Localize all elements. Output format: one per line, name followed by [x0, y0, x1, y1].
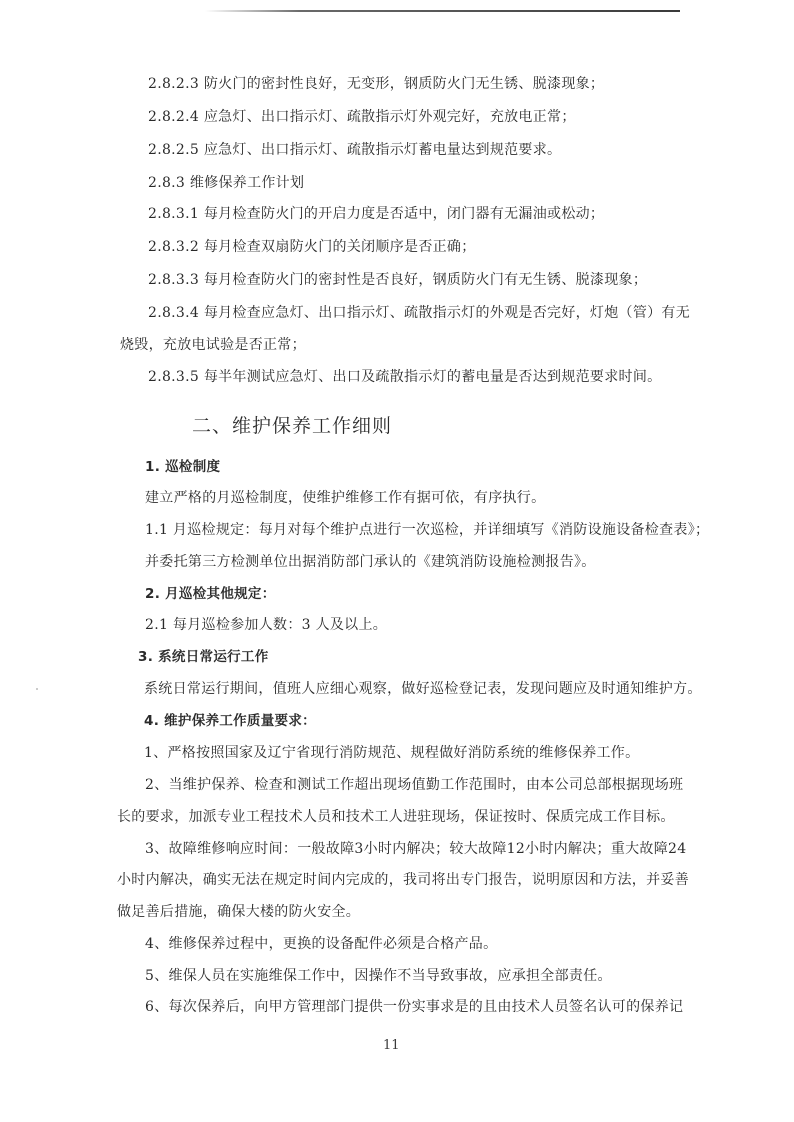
section-heading: 二、维护保养工作细则	[192, 414, 392, 438]
clause-2-8-3-4-cont: 烧毁，充放电试验是否正常；	[120, 336, 306, 354]
requirement-3-cont: 小时内解决，确实无法在规定时间内完成的，我司将出专门报告，说明原因和方法，并妥善	[117, 871, 689, 889]
subheading-inspection-system: 1. 巡检制度	[145, 458, 220, 476]
paragraph-monthly-inspection: 1.1 月巡检规定：每月对每个维护点进行一次巡检，并详细填写《消防设施设备检查表…	[145, 521, 709, 539]
requirement-6: 6、每次保养后，向甲方管理部门提供一份实事求是的且由技术人员签名认可的保养记	[145, 998, 683, 1016]
clause-2-8-3-5: 2.8.3.5 每半年测试应急灯、出口及疏散指示灯的蓄电量是否达到规范要求时间。	[148, 368, 661, 386]
subheading-other-rules: 2. 月巡检其他规定：	[145, 585, 276, 603]
paragraph-daily-operation: 系统日常运行期间，值班人应细心观察，做好巡检登记表，发现问题应及时通知维护方。	[144, 680, 702, 698]
clause-2-8-2-4: 2.8.2.4 应急灯、出口指示灯、疏散指示灯外观完好，充放电正常；	[148, 108, 576, 126]
requirement-3-cont-2: 做足善后措施，确保大楼的防火安全。	[117, 903, 360, 921]
paragraph-participants: 2.1 每月巡检参加人数：3 人及以上。	[145, 616, 387, 634]
requirement-2: 2、当维护保养、检查和测试工作超出现场值勤工作范围时，由本公司总部根据现场班	[145, 776, 683, 794]
clause-2-8-2-5: 2.8.2.5 应急灯、出口指示灯、疏散指示灯蓄电量达到规范要求。	[148, 141, 561, 159]
clause-2-8-3-heading: 2.8.3 维修保养工作计划	[148, 174, 304, 192]
requirement-4: 4、维修保养过程中，更换的设备配件必须是合格产品。	[145, 935, 497, 953]
paragraph-monthly-inspection-cont: 并委托第三方检测单位出据消防部门承认的《建筑消防设施检测报告》。	[145, 553, 596, 571]
clause-2-8-3-2: 2.8.3.2 每月检查双扇防火门的关闭顺序是否正确；	[148, 238, 476, 256]
subheading-daily-operation: 3. 系统日常运行工作	[138, 648, 269, 666]
requirement-2-cont: 长的要求，加派专业工程技术人员和技术工人进驻现场，保证按时、保质完成工作目标。	[117, 808, 675, 826]
clause-2-8-3-1: 2.8.3.1 每月检查防火门的开启力度是否适中，闭门器有无漏油或松动；	[148, 205, 604, 223]
paragraph-inspection-intro: 建立严格的月巡检制度，使维护维修工作有据可依，有序执行。	[145, 489, 545, 507]
requirement-5: 5、维保人员在实施维保工作中，因操作不当导致事故，应承担全部责任。	[145, 967, 612, 985]
header-rule	[205, 10, 680, 12]
page-number: 11	[383, 1038, 400, 1053]
scan-speck	[36, 688, 38, 690]
requirement-1: 1、严格按照国家及辽宁省现行消防规范、规程做好消防系统的维修保养工作。	[144, 744, 639, 762]
clause-2-8-2-3: 2.8.2.3 防火门的密封性良好，无变形，钢质防火门无生锈、脱漆现象；	[148, 75, 604, 93]
clause-2-8-3-3: 2.8.3.3 每月检查防火门的密封性是否良好，钢质防火门有无生锈、脱漆现象；	[148, 271, 647, 289]
subheading-quality-requirements: 4. 维护保养工作质量要求：	[144, 712, 316, 730]
requirement-3: 3、故障维修响应时间：一般故障3小时内解决；较大故障12小时内解决；重大故障24	[145, 840, 686, 858]
clause-2-8-3-4: 2.8.3.4 每月检查应急灯、出口指示灯、疏散指示灯的外观是否完好，灯炮（管）…	[148, 304, 690, 322]
